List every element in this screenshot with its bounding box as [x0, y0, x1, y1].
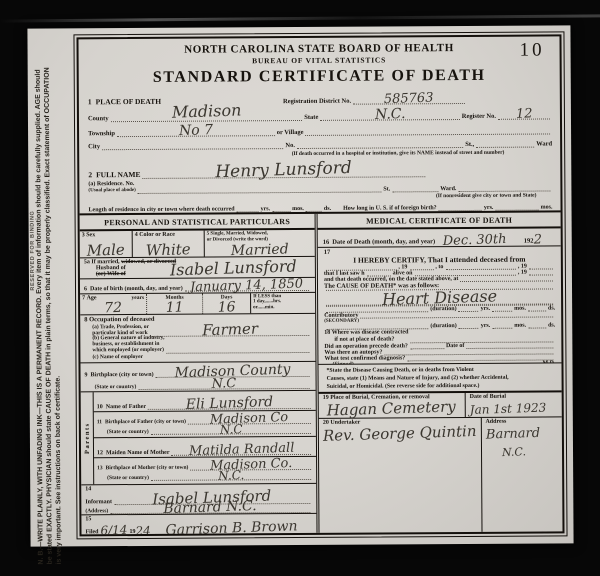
undertaker-row: 20 Undertaker Rev. George Quintin Addres…: [319, 417, 563, 533]
dob-label: Date of birth (month, day, and year): [90, 285, 183, 292]
sex-number: 3: [82, 232, 85, 238]
q18-line: [410, 328, 553, 343]
mother-bp-number: 13: [97, 465, 103, 471]
place-section-number: 1: [88, 97, 92, 106]
undertaker-address-value: Barnard: [485, 427, 540, 442]
dod-year-value: 2: [533, 233, 542, 246]
full-name-section: 2 FULL NAME Henry Lunsford (a) Residence…: [79, 155, 560, 213]
parents-block: Parents 10 Name of Father Eli Lunsford 1…: [81, 390, 317, 484]
howlong-mos-line: [495, 199, 538, 211]
village-line: [305, 119, 550, 135]
occupation-a-value: Farmer: [202, 321, 258, 338]
form-outer-border: 10 NORTH CAROLINA STATE BOARD OF HEALTH …: [73, 31, 567, 539]
marital-label-1: Single, Married, Widowed,: [210, 231, 267, 236]
age-months-value: 11: [149, 299, 200, 315]
dob-value: January 14, 1850: [190, 277, 303, 294]
bureau-subtitle: BUREAU OF VITAL STATISTICS: [79, 54, 560, 66]
footnote-line-3: Suicidal, or Homicidal. (See reverse sid…: [327, 382, 554, 391]
father-bp-state-value: N.C: [219, 423, 242, 436]
residence-ward-label: Ward.: [440, 186, 456, 192]
street-no-line: [297, 135, 463, 149]
burial-row: 19 Place of Burial, Cremation, or remova…: [319, 391, 562, 418]
mother-bp-line: Madison Co.: [190, 457, 311, 470]
mother-row: 12 Maiden Name of Mother Matilda Randall: [94, 436, 316, 457]
state-value: N.C.: [375, 107, 406, 122]
wife-of-label: (or) Wife of: [96, 271, 126, 277]
father-bp-state-label: (State or country): [107, 428, 149, 434]
spouse-row: 5a If married, widowed, or divorced Husb…: [80, 256, 315, 278]
ward-label: Ward: [536, 140, 552, 147]
filed-date-line: 6/14: [100, 522, 127, 535]
sex-cell: 3 Sex Male: [80, 231, 132, 257]
fullname-line: Henry Lunsford: [142, 157, 425, 179]
dod-number: 16: [323, 239, 330, 246]
margin-instructions-note: N. B.—WRITE PLAINLY, WITH UNFADING INK—T…: [34, 66, 65, 564]
certificate-paper: RESERVED FOR BINDING N. B.—WRITE PLAINLY…: [27, 25, 573, 546]
occupation-label: Occupation of deceased: [89, 315, 154, 322]
spacer: [544, 229, 554, 244]
township-value: No 7: [179, 123, 213, 138]
informant-row: 14 Informant Isabel Lunsford (Address) B…: [81, 483, 316, 514]
howlong-yrs-line: [439, 199, 482, 211]
burial-value: Hagan Cemetery: [327, 400, 456, 419]
marital-number: 5: [207, 232, 210, 237]
sex-value: Male: [82, 242, 130, 259]
age-row: 7 Ageyears 72 Months 11 Days 16 If LES: [80, 292, 315, 314]
father-line: Eli Lunsford: [148, 391, 311, 409]
father-bp-line: Madison Co: [188, 411, 311, 424]
undertaker-address-label: Address: [485, 419, 506, 425]
filed-date-value: 6/14: [100, 523, 127, 536]
mother-birthplace-row: 13 Birthplace of Mother (city or town) M…: [94, 456, 316, 483]
age-days-cell: Days 16: [202, 293, 250, 313]
spacer: [469, 86, 550, 103]
fullname-value: Henry Lunsford: [215, 160, 352, 181]
residence-st-line: [392, 177, 438, 192]
register-no-value: 12: [515, 107, 532, 121]
burial-place-cell: 19 Place of Burial, Cremation, or remova…: [319, 393, 465, 418]
mother-line: Matilda Randall: [171, 437, 311, 455]
informant-number: 14: [85, 486, 91, 492]
city-label: City: [88, 143, 100, 150]
race-cell: 4 Color or Race White: [132, 231, 204, 257]
birthplace-row: 9 Birthplace (city or town) Madison Coun…: [80, 361, 315, 391]
dod-year-printed: 192: [524, 238, 534, 245]
place-of-death-section: 1 PLACE OF DEATH Registration District N…: [79, 85, 560, 158]
form-inner-border: 10 NORTH CAROLINA STATE BOARD OF HEALTH …: [76, 34, 564, 536]
undertaker-value: Rev. George Quintin: [323, 424, 477, 444]
mother-bp-state-label: (State or country): [107, 474, 149, 480]
father-bp-number: 11: [97, 419, 102, 425]
father-birthplace-row: 11 Birthplace of Father (city or town) M…: [94, 410, 316, 437]
filed-registrar-line: Garrison B. Brown: [153, 520, 311, 534]
informant-address-label: (Address): [85, 508, 108, 514]
dob-number: 6: [84, 286, 87, 292]
mother-label: Maiden Name of Mother: [106, 449, 170, 455]
street-line: [476, 135, 534, 148]
certification-block: 17 I HEREBY CERTIFY, That I attended dec…: [318, 246, 562, 363]
personal-heading: PERSONAL AND STATISTICAL PARTICULARS: [80, 214, 315, 231]
dob-row: 6 Date of birth (month, day, and year) J…: [80, 277, 315, 293]
mother-bp-state-value: N.C.: [218, 469, 244, 482]
county-line: Madison: [110, 105, 302, 122]
age-days-value: 16: [205, 299, 248, 314]
birthplace-state-value: N.C: [211, 377, 236, 391]
residence-label-stack: (a) Residence. No. (Usual place of abode…: [88, 181, 135, 194]
register-no-line: 12: [498, 103, 550, 119]
dob-line: January 14, 1850: [185, 278, 309, 291]
occupation-row: 8 Occupation of deceased (a) Trade, Prof…: [80, 313, 315, 362]
sex-label: Sex: [86, 232, 95, 238]
columns-container: PERSONAL AND STATISTICAL PARTICULARS 3 S…: [80, 210, 563, 534]
birthplace-line: Madison County: [156, 362, 310, 377]
cause-line-2: Heart Disease: [326, 289, 553, 305]
spacer: [509, 230, 522, 245]
father-row: 10 Name of Father Eli Lunsford: [94, 390, 316, 411]
spouse-number: 5a: [84, 259, 90, 265]
burial-date-cell: Date of Burial Jan 1st 1923: [465, 393, 562, 418]
filed-year-value: 24: [135, 524, 151, 536]
marital-cell: 5 Single, Married, Widowed, or Divorced …: [204, 230, 315, 256]
burial-date-value: Jan 1st 1923: [470, 402, 547, 416]
age-less-cell: If LESS than 1 day,......hrs. or......mi…: [250, 292, 315, 312]
q18-label-1: Where was disease contracted: [332, 329, 409, 335]
age-label: Age: [87, 295, 97, 301]
sex-race-marital-row: 3 Sex Male 4 Color or Race White 5 Singl…: [80, 230, 315, 258]
cause-footnote: *State the Disease Causing Death, or in …: [318, 362, 561, 392]
signed-label: (Signed): [332, 361, 353, 363]
race-label: Color or Race: [139, 232, 175, 238]
certificate-number-stamp: 10: [519, 40, 544, 62]
age-number: 7: [82, 295, 85, 301]
age-years-cell: 7 Ageyears 72: [80, 293, 146, 313]
fullname-section-number: 2: [88, 170, 92, 179]
township-line: No 7: [117, 121, 275, 137]
residence-ward-line: [458, 176, 550, 192]
date-of-death-row: 16 Date of Death (month, day, and year) …: [318, 228, 561, 247]
medical-certificate-column: MEDICAL CERTIFICATE OF DEATH 16 Date of …: [318, 212, 563, 532]
informant-address-line: Barnard N.C.: [110, 503, 310, 513]
street-no-label: No.: [285, 142, 295, 149]
certify-number: 17: [324, 249, 331, 256]
father-number: 10: [97, 404, 103, 410]
personal-particulars-column: PERSONAL AND STATISTICAL PARTICULARS 3 S…: [80, 214, 320, 534]
length-mos-line: [272, 200, 290, 212]
spouse-value: Isabel Lunsford: [170, 258, 297, 278]
mother-number: 12: [97, 450, 103, 456]
filed-label: Filed: [85, 529, 98, 535]
length-yrs-line: [237, 200, 259, 212]
parents-vertical-label: Parents: [81, 392, 95, 484]
fullname-label: FULL NAME: [96, 170, 140, 179]
county-value: Madison: [171, 102, 241, 120]
informant-label: Informant: [85, 499, 112, 505]
dod-label: Date of Death (month, day, and year): [332, 238, 435, 246]
birthplace-state-line: N.C: [138, 376, 309, 389]
race-number: 4: [135, 232, 138, 238]
spacer: [429, 156, 550, 177]
registration-district-line: 585763: [353, 87, 465, 105]
photo-light-streak: [0, 14, 600, 22]
mother-value: Matilda Randall: [188, 441, 294, 457]
filed-registrar-value: Garrison B. Brown: [165, 519, 297, 537]
street-label: St.,: [465, 141, 474, 148]
place-section-label: PLACE OF DEATH: [96, 97, 161, 106]
burial-date-label: Date of Burial: [470, 394, 506, 400]
father-label: Name of Father: [106, 403, 146, 409]
spacer: [333, 200, 341, 212]
burial-number: 19: [323, 395, 329, 401]
length-ds-line: [306, 200, 322, 212]
occupation-c-label: (c) Name of employer: [92, 353, 143, 359]
occupation-a-line: Farmer: [151, 321, 309, 336]
filed-number: 15: [85, 516, 91, 522]
cause-of-death-value: Heart Disease: [382, 288, 497, 308]
age-months-cell: Months 11: [146, 293, 202, 313]
spacer: [437, 230, 441, 245]
age-less-line3: or......min.: [253, 305, 313, 311]
age-years-value: 72: [82, 300, 144, 316]
county-label: County: [88, 115, 109, 122]
undertaker-number: 20: [323, 420, 329, 426]
father-value: Eli Lunsford: [185, 395, 273, 412]
q18-number: 18: [324, 330, 330, 336]
birthplace-state-label: (State or country): [95, 384, 137, 390]
undertaker-cell: 20 Undertaker Rev. George Quintin: [319, 418, 481, 533]
birthplace-number: 9: [85, 372, 88, 378]
undertaker-address-value2: N.C.: [501, 446, 525, 458]
form-header: NORTH CAROLINA STATE BOARD OF HEALTH BUR…: [78, 36, 559, 88]
registrar-label: REGISTRAR: [269, 534, 299, 537]
filed-row: 15 Filed 6/14 1924 Garrison B. Brown REG…: [81, 513, 316, 536]
state-line: N.C.: [320, 104, 460, 121]
occupation-number: 8: [84, 316, 87, 323]
medical-heading: MEDICAL CERTIFICATE OF DEATH: [318, 212, 561, 229]
dod-value: Dec. 30th: [443, 233, 507, 248]
spouse-label-struck: widowed, or divorced: [121, 258, 176, 264]
race-value: White: [135, 241, 202, 258]
registration-district-value: 585763: [384, 92, 434, 107]
undertaker-address-cell: Address BarnardN.C.: [480, 418, 562, 532]
